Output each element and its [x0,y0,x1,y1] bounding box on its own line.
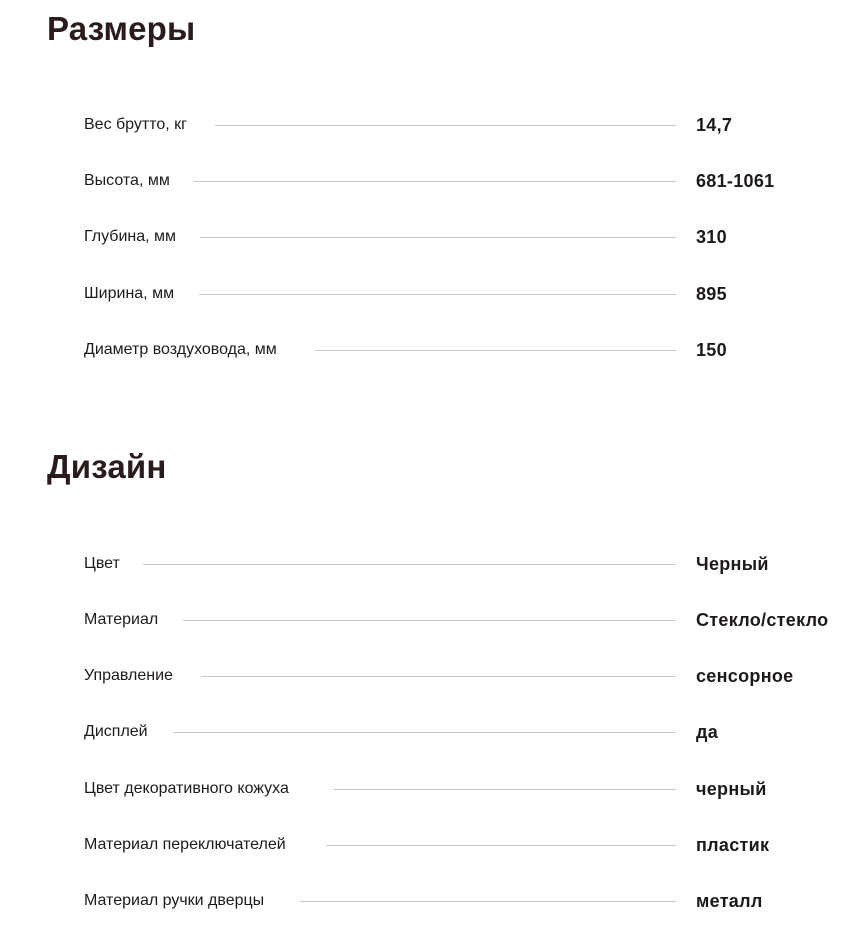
spec-label: Материал [84,611,158,629]
leader-line [143,564,676,565]
spec-label: Дисплей [84,723,148,741]
spec-value: Черный [696,554,769,575]
spec-label: Управление [84,667,173,685]
leader-line [315,350,676,351]
leader-line [300,901,676,902]
leader-line [201,676,676,677]
spec-label: Глубина, мм [84,228,176,246]
spec-row: Диаметр воздуховода, мм 150 [84,338,841,362]
leader-line [333,789,676,790]
spec-label: Ширина, мм [84,285,174,303]
spec-label: Материал ручки дверцы [84,892,264,910]
spec-value: черный [696,779,767,800]
spec-value: 310 [696,227,727,248]
spec-value: 14,7 [696,115,732,136]
leader-line [215,125,676,126]
spec-row: Глубина, мм 310 [84,225,841,249]
spec-label: Высота, мм [84,172,170,190]
spec-row: Цвет Черный [84,552,841,576]
leader-line [199,294,676,295]
spec-row: Управление сенсорное [84,664,841,688]
spec-value: Стекло/стекло [696,610,828,631]
spec-row: Материал Стекло/стекло [84,608,841,632]
spec-value: да [696,722,718,743]
leader-line [174,732,676,733]
spec-label: Вес брутто, кг [84,116,187,134]
spec-value: 150 [696,340,727,361]
section-title: Размеры [47,12,195,45]
spec-label: Диаметр воздуховода, мм [84,341,277,359]
leader-line [200,237,676,238]
spec-label: Цвет [84,555,120,573]
section-title: Дизайн [47,450,167,483]
spec-row: Вес брутто, кг 14,7 [84,113,841,137]
leader-line [193,181,676,182]
spec-value: металл [696,891,763,912]
spec-row: Материал переключателей пластик [84,833,841,857]
spec-value: 681-1061 [696,171,774,192]
spec-row: Материал ручки дверцы металл [84,889,841,913]
spec-label: Материал переключателей [84,836,286,854]
spec-label: Цвет декоративного кожуха [84,780,289,798]
leader-line [326,845,676,846]
spec-value: 895 [696,284,727,305]
spec-row: Цвет декоративного кожуха черный [84,777,841,801]
spec-row: Дисплей да [84,720,841,744]
leader-line [183,620,676,621]
spec-row: Ширина, мм 895 [84,282,841,306]
spec-row: Высота, мм 681-1061 [84,169,841,193]
spec-value: сенсорное [696,666,793,687]
spec-value: пластик [696,835,769,856]
